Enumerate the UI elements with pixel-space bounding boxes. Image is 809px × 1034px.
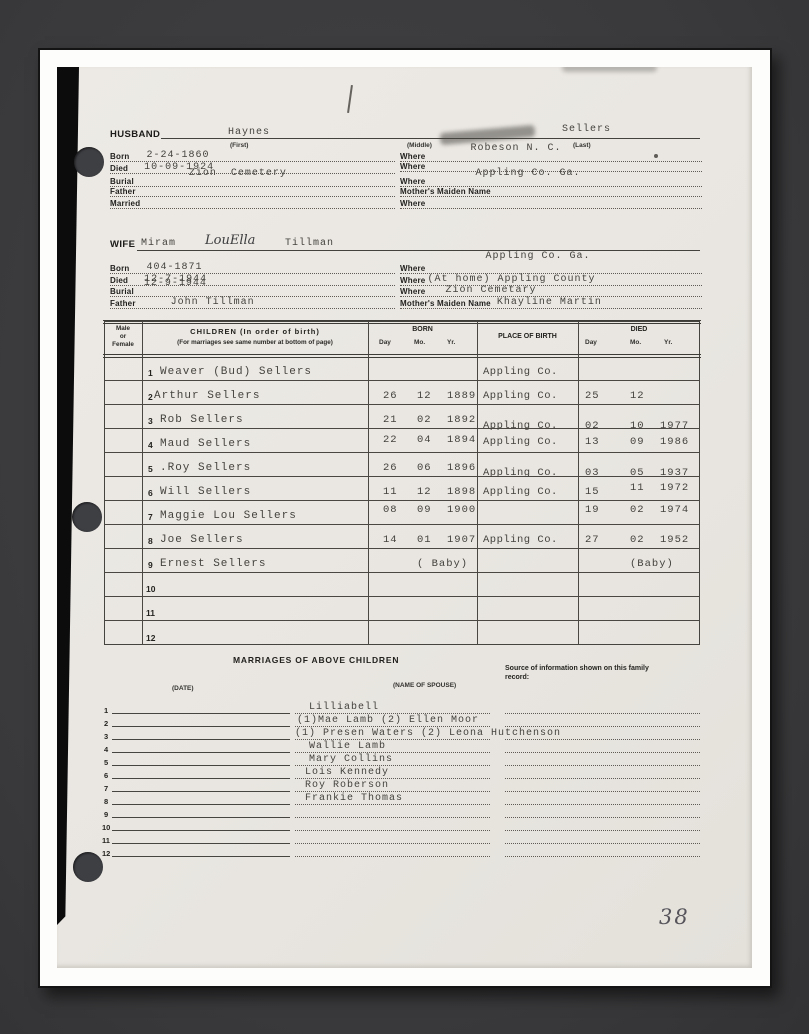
husband-section-label: HUSBAND bbox=[110, 129, 160, 140]
date-line bbox=[112, 818, 290, 831]
wife-last-name: Tillman bbox=[285, 238, 334, 249]
wife-burial-where-field: Where Zion Cemetary bbox=[400, 285, 702, 297]
scan-edge-artifact bbox=[57, 67, 79, 925]
pen-mark bbox=[347, 85, 353, 113]
husband-mother-field: Mother's Maiden Name bbox=[400, 187, 702, 197]
children-table: Male or Female CHILDREN (In order of bir… bbox=[104, 321, 700, 645]
husband-born-value: 2-24-1860 bbox=[146, 150, 209, 161]
date-line bbox=[112, 805, 290, 818]
source-line bbox=[505, 714, 700, 727]
husband-burial-where-field: Where Appling Co. Ga. bbox=[400, 175, 702, 187]
date-line bbox=[112, 753, 290, 766]
date-line bbox=[112, 766, 290, 779]
died-column-header: DIED bbox=[578, 326, 700, 333]
born-mo-label: Mo. bbox=[414, 339, 425, 346]
middle-name-caption: (Middle) bbox=[407, 142, 432, 149]
source-note: Source of information shown on this fami… bbox=[505, 664, 710, 682]
husband-father-field: Father bbox=[110, 187, 395, 197]
punch-hole bbox=[74, 147, 104, 177]
wife-born-field: Born 404-1871 bbox=[110, 262, 395, 274]
wife-first-name: Miram bbox=[141, 238, 176, 249]
source-line bbox=[505, 753, 700, 766]
child-row: 12 bbox=[104, 621, 700, 645]
husband-born-field: Born 2-24-1860 bbox=[110, 150, 395, 162]
spouse-column-label: (NAME OF SPOUSE) bbox=[393, 682, 456, 689]
first-name-caption: (First) bbox=[230, 142, 248, 149]
husband-married-where-field: Where bbox=[400, 199, 702, 209]
child-row: 9Ernest Sellers( Baby)(Baby) bbox=[104, 549, 700, 573]
wife-born-where-value: Appling Co. Ga. bbox=[485, 251, 590, 262]
wife-mother-field: Mother's Maiden Name Khayline Martin bbox=[400, 297, 702, 309]
last-name-caption: (Last) bbox=[573, 142, 591, 149]
source-line bbox=[505, 766, 700, 779]
source-line bbox=[505, 844, 700, 857]
date-line bbox=[112, 844, 290, 857]
source-line bbox=[505, 727, 700, 740]
child-row: 8Joe Sellers14011907Appling Co.27021952 bbox=[104, 525, 700, 549]
date-line bbox=[112, 831, 290, 844]
date-column-label: (DATE) bbox=[172, 685, 194, 692]
source-line bbox=[505, 818, 700, 831]
wife-father-value: John Tillman bbox=[171, 297, 255, 308]
born-day-label: Day bbox=[379, 339, 391, 346]
child-row: 11 bbox=[104, 597, 700, 621]
child-row: 10 bbox=[104, 573, 700, 597]
wife-father-field: Father John Tillman bbox=[110, 297, 395, 309]
wife-section-label: WIFE bbox=[110, 239, 135, 250]
husband-born-where-value: Robeson N. C. bbox=[470, 143, 561, 154]
died-yr-label: Yr. bbox=[664, 339, 672, 346]
handwritten-page-number: 38 bbox=[659, 905, 690, 929]
child-row: 3Rob Sellers21021892Appling Co.02101977 bbox=[104, 405, 700, 429]
child-row: 4Maud Sellers22041894Appling Co.13091986 bbox=[104, 429, 700, 453]
family-record-form-page: HUSBAND Haynes Sellers (First) (Middle) … bbox=[57, 67, 752, 968]
wife-burial-field: Burial 12-9-1944 bbox=[110, 285, 395, 297]
date-line bbox=[112, 727, 290, 740]
date-line bbox=[112, 740, 290, 753]
source-line bbox=[505, 831, 700, 844]
place-column-header: PLACE OF BIRTH bbox=[477, 333, 578, 340]
husband-burial-where-value: Appling Co. Ga. bbox=[475, 168, 580, 179]
date-line bbox=[112, 779, 290, 792]
wife-middle-name-handwritten: LouElla bbox=[205, 233, 255, 248]
punch-hole bbox=[73, 852, 103, 882]
husband-married-field: Married bbox=[110, 199, 395, 209]
marriages-title: MARRIAGES OF ABOVE CHILDREN bbox=[233, 655, 399, 665]
wife-burial-where-value: Zion Cemetary bbox=[445, 285, 536, 296]
children-column-header: CHILDREN (In order of birth) (For marria… bbox=[142, 327, 368, 346]
wife-died-where-value: (At home) Appling County bbox=[427, 274, 595, 285]
photo-matte: HUSBAND Haynes Sellers (First) (Middle) … bbox=[38, 48, 772, 988]
child-row: 1Weaver (Bud) SellersAppling Co. bbox=[104, 357, 700, 381]
wife-burial-value: 12-9-1944 bbox=[144, 278, 207, 289]
husband-last-name: Sellers bbox=[562, 124, 611, 135]
child-row: 5.Roy Sellers26061896Appling Co.03051937 bbox=[104, 453, 700, 477]
spouse-line bbox=[295, 805, 490, 818]
husband-burial-field: Burial Zion Cemetery bbox=[110, 175, 395, 187]
source-line bbox=[505, 740, 700, 753]
sex-column-header: Male or Female bbox=[104, 325, 142, 349]
source-line bbox=[505, 701, 700, 714]
child-row: 6Will Sellers11121898Appling Co.15111972 bbox=[104, 477, 700, 501]
spouse-line bbox=[295, 818, 490, 831]
punch-hole bbox=[72, 502, 102, 532]
source-line bbox=[505, 792, 700, 805]
died-mo-label: Mo. bbox=[630, 339, 641, 346]
table-top-rule bbox=[103, 320, 701, 324]
born-column-header: BORN bbox=[368, 326, 477, 333]
spouse-line bbox=[295, 844, 490, 857]
husband-born-where-field: Where Robeson N. C. bbox=[400, 150, 702, 162]
wife-born-value: 404-1871 bbox=[146, 262, 202, 273]
spouse-line bbox=[295, 831, 490, 844]
date-line bbox=[112, 792, 290, 805]
died-day-label: Day bbox=[585, 339, 597, 346]
source-line bbox=[505, 779, 700, 792]
source-line bbox=[505, 805, 700, 818]
date-line bbox=[112, 701, 290, 714]
husband-first-name: Haynes bbox=[228, 127, 270, 138]
child-row: 2Arthur Sellers26121889Appling Co.2512 bbox=[104, 381, 700, 405]
wife-born-where-field: Where Appling Co. Ga. bbox=[400, 262, 702, 274]
date-line bbox=[112, 714, 290, 727]
child-row: 7Maggie Lou Sellers0809190019021974 bbox=[104, 501, 700, 525]
husband-burial-value: Zion Cemetery bbox=[189, 168, 287, 179]
ink-smudge bbox=[562, 67, 657, 72]
wife-mother-value: Khayline Martin bbox=[497, 297, 602, 308]
born-yr-label: Yr. bbox=[447, 339, 455, 346]
